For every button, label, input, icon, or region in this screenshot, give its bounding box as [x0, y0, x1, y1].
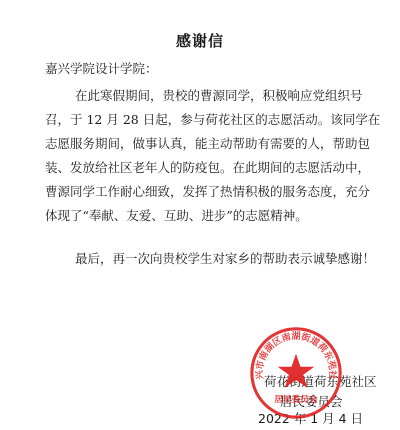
paragraph-line: 装、发放给社区老年人的防疫包。在此期间的志愿活动中， [45, 156, 345, 180]
paragraph-line: 曹源同学工作耐心细致，发挥了热情积极的服务态度，充分 [45, 180, 345, 204]
paragraph-line: 召，于 12 月 28 日起，参与荷花社区的志愿活动。该同学在 [45, 108, 345, 132]
paragraph-line: 志愿服务期间，做事认真，能主动帮助有需要的人，帮助包 [45, 132, 345, 156]
letter-salutation: 嘉兴学院设计学院： [45, 59, 158, 77]
paragraph-line: 体现了“奉献、友爱、互助、进步”的志愿精神。 [45, 204, 345, 228]
letter-page: 感谢信 嘉兴学院设计学院： 在此寒假期间，贵校的曹源同学，积极响应党组织号 召，… [0, 0, 400, 430]
signature-committee: 居民委员会 [280, 392, 343, 410]
letter-body-paragraph-2: 最后，再一次向贵校学生对家乡的帮助表示诚挚感谢！ [45, 247, 345, 271]
letter-body-paragraph-1: 在此寒假期间，贵校的曹源同学，积极响应党组织号 召，于 12 月 28 日起，参… [45, 84, 345, 228]
paragraph-line: 在此寒假期间，贵校的曹源同学，积极响应党组织号 [45, 84, 345, 108]
signature-date: 2022 年 1 月 4 日 [258, 409, 363, 427]
paragraph-line: 最后，再一次向贵校学生对家乡的帮助表示诚挚感谢！ [45, 247, 345, 271]
signature-organization: 荷花街道荷东苑社区 [264, 372, 377, 390]
letter-title: 感谢信 [0, 30, 400, 51]
